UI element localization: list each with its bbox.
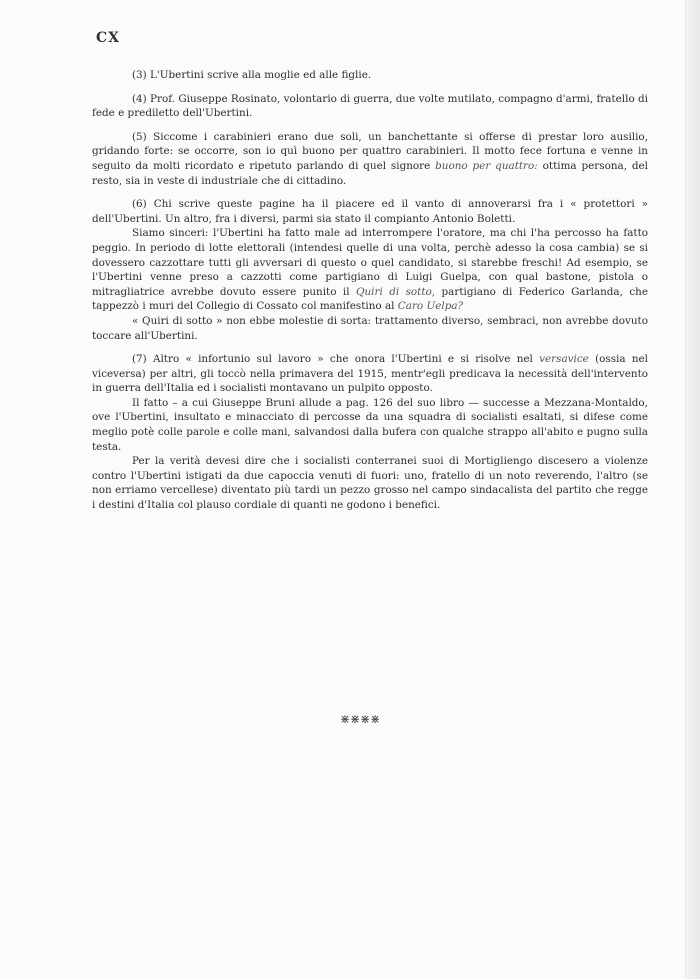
note-4: (4) Prof. Giuseppe Rosinato, volontario … [92, 92, 648, 121]
note-6-paragraph-1: (6) Chi scrive queste pagine ha il piace… [92, 197, 648, 226]
note-7-paragraph-3: Per la verità devesi dire che i socialis… [92, 454, 648, 512]
note-5: (5) Siccome i carabinieri erano due soli… [92, 130, 648, 188]
note-7-italic: versavice [539, 353, 589, 365]
note-3: (3) L'Ubertini scrive alla moglie ed all… [92, 68, 648, 83]
note-7-text-a: (7) Altro « infortunio sul lavoro » che … [132, 353, 539, 365]
ornament-divider-icon: ⋇⋇⋇⋇ [340, 712, 380, 726]
note-6-italic-1: Quiri di sotto, [356, 286, 435, 298]
footnotes-body: (3) L'Ubertini scrive alla moglie ed all… [92, 68, 648, 513]
page-number: CX [96, 30, 120, 46]
note-5-italic: buono per quattro: [435, 160, 538, 172]
page-edge [685, 0, 700, 979]
note-6-italic-2: Caro Uelpa? [398, 300, 463, 312]
note-7-paragraph-1: (7) Altro « infortunio sul lavoro » che … [92, 352, 648, 396]
note-6-paragraph-3: « Quiri di sotto » non ebbe molestie di … [92, 314, 648, 343]
note-7-paragraph-2: Il fatto – a cui Giuseppe Bruni allude a… [92, 396, 648, 454]
note-6-paragraph-2: Siamo sinceri: l'Ubertini ha fatto male … [92, 226, 648, 314]
